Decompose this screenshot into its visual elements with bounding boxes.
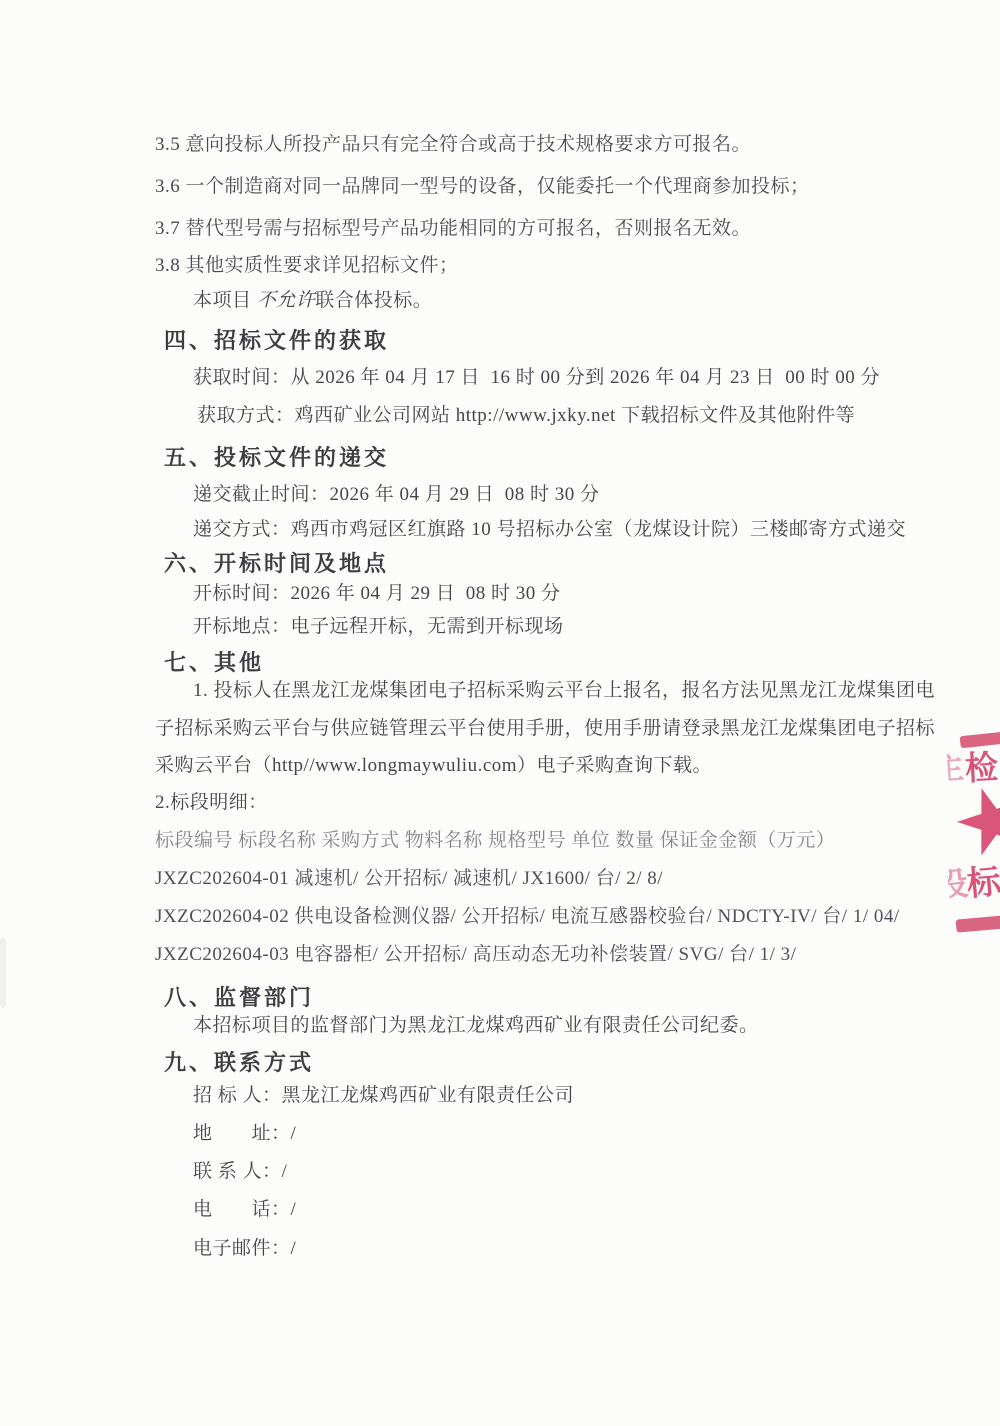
section5-title: 五、投标文件的递交 (164, 441, 389, 472)
stamp-bottom-partial-character: 投 (933, 866, 969, 902)
consortium-note: 本项目 不允许联合体投标。 (193, 289, 432, 313)
section8-title: 八、监督部门 (164, 981, 314, 1012)
scan-artifact (0, 938, 6, 1008)
section6-open-time: 开标时间：2026 年 04 月 29 日 08 时 30 分 (193, 582, 561, 606)
lots-table-header: 标段编号 标段名称 采购方式 物料名称 规格型号 单位 数量 保证金金额（万元） (155, 829, 835, 853)
contact-address: 地 址：/ (193, 1122, 296, 1146)
consortium-note-suffix: 联合体投标。 (315, 290, 432, 311)
section6-open-place: 开标地点：电子远程开标，无需到开标现场 (193, 615, 564, 639)
contact-person: 联 系 人：/ (193, 1160, 287, 1184)
red-inspection-stamp: 主 检 ★ 投 标 (950, 720, 1000, 950)
term-3-7: 3.7 替代型号需与招标型号产品功能相同的方可报名，否则报名无效。 (155, 217, 751, 241)
lots-label: 2.标段明细： (155, 791, 268, 815)
section5-deadline: 递交截止时间：2026 年 04 月 29 日 08 时 30 分 (193, 483, 600, 507)
contact-tenderer: 招 标 人：黑龙江龙煤鸡西矿业有限责任公司 (193, 1084, 574, 1108)
consortium-note-emphasis: 不允许 (257, 290, 316, 311)
stamp-top-character: 检 (964, 750, 999, 785)
section7-para1-line3: 采购云平台（http//www.longmaywuliu.com）电子采购查询下… (155, 754, 712, 778)
contact-email: 电子邮件：/ (193, 1237, 296, 1261)
contact-phone: 电 话：/ (193, 1198, 296, 1222)
section6-title: 六、开标时间及地点 (164, 547, 389, 578)
section4-obtain-method: 获取方式：鸡西矿业公司网站 http://www.jxky.net 下载招标文件… (197, 404, 855, 428)
section9-title: 九、联系方式 (164, 1046, 314, 1077)
section7-para1-line2: 子招标采购云平台与供应链管理云平台使用手册，使用手册请登录黑龙江龙煤集团电子招标 (155, 717, 935, 741)
lots-table-row-3: JXZC202604-03 电容器柜/ 公开招标/ 高压动态无功补偿装置/ SV… (155, 943, 796, 967)
star-icon: ★ (941, 768, 1000, 876)
consortium-note-prefix: 本项目 (193, 290, 257, 311)
stamp-border-top (960, 728, 1000, 749)
section4-title: 四、招标文件的获取 (164, 324, 389, 355)
term-3-8: 3.8 其他实质性要求详见招标文件； (155, 254, 459, 278)
section7-para1-line1: 1. 投标人在黑龙江龙煤集团电子招标采购云平台上报名，报名方法见黑龙江龙煤集团电 (193, 679, 935, 703)
stamp-top-partial-character: 主 (932, 752, 965, 785)
stamp-border-bottom (956, 912, 1000, 932)
stamp-bottom-character: 标 (966, 865, 1000, 902)
section7-title: 七、其他 (164, 646, 264, 677)
tender-notice-page: 3.5 意向投标人所投产品只有完全符合或高于技术规格要求方可报名。 3.6 一个… (0, 0, 1000, 1426)
lots-table-row-1: JXZC202604-01 减速机/ 公开招标/ 减速机/ JX1600/ 台/… (155, 867, 663, 891)
section4-obtain-time: 获取时间：从 2026 年 04 月 17 日 16 时 00 分到 2026 … (193, 366, 880, 390)
term-3-5: 3.5 意向投标人所投产品只有完全符合或高于技术规格要求方可报名。 (155, 133, 751, 157)
lots-table-row-2: JXZC202604-02 供电设备检测仪器/ 公开招标/ 电流互感器校验台/ … (155, 905, 900, 929)
term-3-6: 3.6 一个制造商对同一品牌同一型号的设备，仅能委托一个代理商参加投标； (155, 175, 810, 199)
section8-body: 本招标项目的监督部门为黑龙江龙煤鸡西矿业有限责任公司纪委。 (193, 1014, 759, 1038)
section5-method: 递交方式：鸡西市鸡冠区红旗路 10 号招标办公室（龙煤设计院）三楼邮寄方式递交 (193, 518, 906, 542)
